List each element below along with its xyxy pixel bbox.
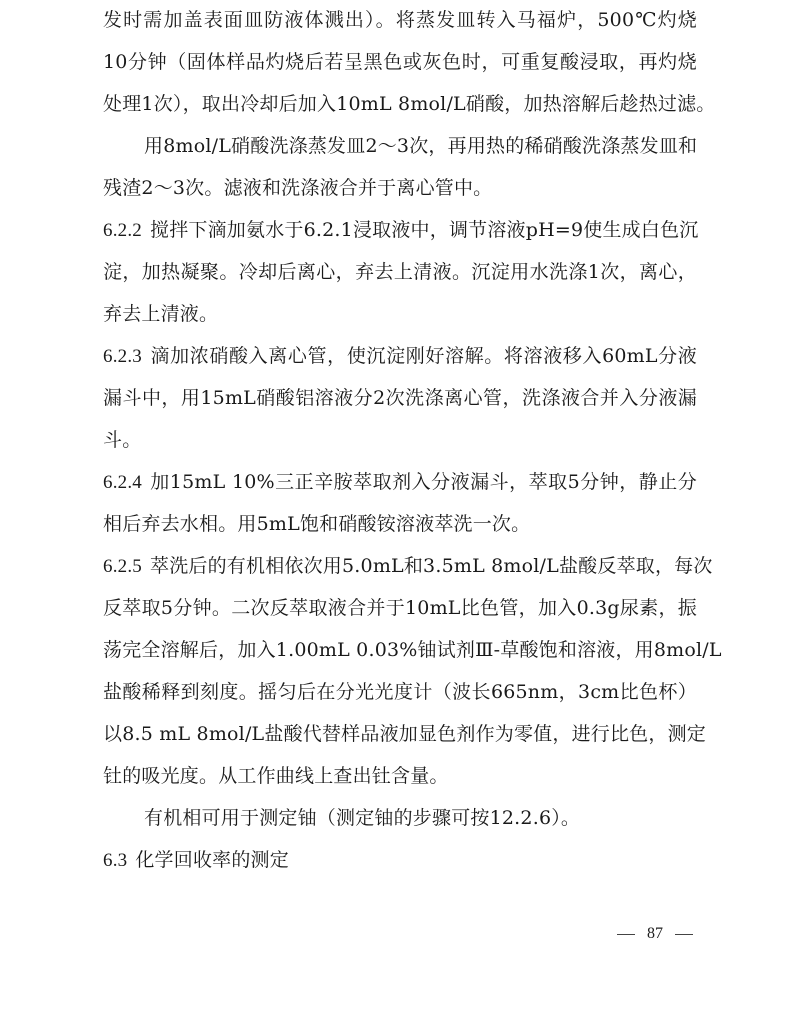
paragraph-line: 发时需加盖表面皿防液体溅出）。将蒸发皿转入马福炉，500℃灼烧 xyxy=(103,8,697,32)
section-6-2-5-line-1: 6.2.5萃洗后的有机相依次用5.0mL和3.5mL 8mol/L盐酸反萃取，每… xyxy=(103,554,697,578)
section-6-2-5-line-2: 反萃取5分钟。二次反萃取液合并于10mL比色管，加入0.3g尿素，振 xyxy=(103,596,697,620)
section-6-2-4-line-2: 相后弃去水相。用5mL饱和硝酸铵溶液萃洗一次。 xyxy=(103,512,530,536)
paragraph-line: 10分钟（固体样品灼烧后若呈黑色或灰色时，可重复酸浸取，再灼烧 xyxy=(103,50,697,74)
dash-left xyxy=(617,934,635,935)
section-6-2-3-line-3: 斗。 xyxy=(103,428,141,452)
section-number: 6.2.4 xyxy=(103,471,142,495)
paragraph-line: 残渣2～3次。滤液和洗涤液合并于离心管中。 xyxy=(103,176,492,200)
section-6-2-3-line-2: 漏斗中，用15mL硝酸铝溶液分2次洗涤离心管，洗涤液合并入分液漏 xyxy=(103,386,697,410)
section-number: 6.2.3 xyxy=(103,345,142,369)
section-6-2-5-line-3: 荡完全溶解后，加入1.00mL 0.03%铀试剂Ⅲ-草酸饱和溶液，用8mol/L xyxy=(103,638,697,662)
section-6-2-5-line-4: 盐酸稀释到刻度。摇匀后在分光光度计（波长665nm，3cm比色杯） xyxy=(103,680,697,704)
section-title: 化学回收率的测定 xyxy=(135,849,289,871)
section-number: 6.2.2 xyxy=(103,219,142,243)
section-6-2-2-line-3: 弃去上清液。 xyxy=(103,302,218,326)
page-footer: 87 xyxy=(617,924,693,944)
paragraph-line: 处理1次），取出冷却后加入10mL 8mol/L硝酸，加热溶解后趁热过滤。 xyxy=(103,92,697,116)
page-number: 87 xyxy=(647,925,663,942)
dash-right xyxy=(675,934,693,935)
section-6-2-2-line-1: 6.2.2搅拌下滴加氨水于6.2.1浸取液中，调节溶液pH=9使生成白色沉 xyxy=(103,218,697,242)
section-number: 6.3 xyxy=(103,849,127,873)
section-6-2-5-line-6: 钍的吸光度。从工作曲线上查出钍含量。 xyxy=(103,764,449,788)
section-6-2-5-line-5: 以8.5 mL 8mol/L盐酸代替样品液加显色剂作为零值，进行比色，测定 xyxy=(103,722,697,746)
section-6-2-4-line-1: 6.2.4加15mL 10%三正辛胺萃取剂入分液漏斗，萃取5分钟，静止分 xyxy=(103,470,697,494)
section-heading-6-3: 6.3化学回收率的测定 xyxy=(103,848,289,872)
section-6-2-3-line-1: 6.2.3滴加浓硝酸入离心管，使沉淀刚好溶解。将溶液移入60mL分液 xyxy=(103,344,697,368)
paragraph-line: 用8mol/L硝酸洗涤蒸发皿2～3次，再用热的稀硝酸洗涤蒸发皿和 xyxy=(144,134,697,158)
section-6-2-2-line-2: 淀，加热凝聚。冷却后离心，弃去上清液。沉淀用水洗涤1次，离心， xyxy=(103,260,697,284)
section-number: 6.2.5 xyxy=(103,555,142,579)
note-line: 有机相可用于测定铀（测定铀的步骤可按12.2.6）。 xyxy=(144,806,580,830)
